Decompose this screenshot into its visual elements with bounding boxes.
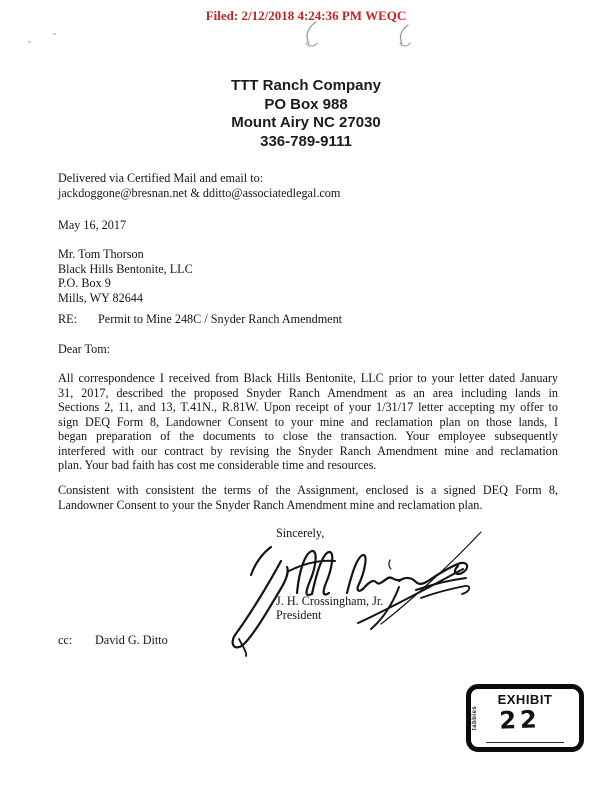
letter-date: May 16, 2017 (58, 218, 558, 233)
text-line: All correspondence I received from Black… (58, 371, 558, 386)
company-phone: 336-789-9111 (0, 133, 612, 152)
date-text: May 16, 2017 (58, 218, 558, 233)
re-label: RE: (58, 312, 98, 327)
company-name: TTT Ranch Company (0, 77, 612, 96)
letterhead: TTT Ranch Company PO Box 988 Mount Airy … (0, 77, 612, 151)
text-line: plan. Your bad faith has cost me conside… (58, 458, 558, 473)
text-line: Black Hills Bentonite, LLC (58, 262, 558, 277)
scan-artifact-left-paren (298, 20, 326, 50)
exhibit-stamp: EXHIBIT tabbies 22 (466, 684, 584, 752)
text-line: Landowner Consent to your the Snyder Ran… (58, 498, 558, 513)
delivery-method: Delivered via Certified Mail and email t… (58, 171, 558, 200)
cc-label: cc: (58, 633, 95, 648)
body-paragraph-1: All correspondence I received from Black… (58, 371, 558, 473)
text-line: sign DEQ Form 8, Landowner Consent to yo… (58, 415, 558, 430)
recipient-address: Mr. Tom ThorsonBlack Hills Bentonite, LL… (58, 247, 558, 305)
handwritten-signature-icon (213, 527, 493, 667)
scanned-letter-page: Filed: 2/12/2018 4:24:36 PM WEQC TTT Ran… (0, 0, 612, 792)
filed-stamp: Filed: 2/12/2018 4:24:36 PM WEQC (0, 8, 612, 24)
body-paragraph-2: Consistent with consistent the terms of … (58, 483, 558, 512)
company-city: Mount Airy NC 27030 (0, 114, 612, 133)
text-line: 31, 2017, described the proposed Snyder … (58, 386, 558, 401)
text-line: jackdoggone@bresnan.net & dditto@associa… (58, 186, 558, 201)
scan-speck (28, 41, 31, 43)
text-line: Delivered via Certified Mail and email t… (58, 171, 558, 186)
text-line: interfered with our contract by revising… (58, 444, 558, 459)
text-line: Sections 2, 11, and 13, T.41N., R.81W. U… (58, 400, 558, 415)
scan-artifact-right-paren (393, 23, 417, 51)
text-line: Mr. Tom Thorson (58, 247, 558, 262)
exhibit-number-handwritten: 22 (471, 704, 570, 735)
re-line: RE:Permit to Mine 248C / Snyder Ranch Am… (58, 312, 558, 327)
text-line: P.O. Box 9 (58, 276, 558, 291)
salutation: Dear Tom: (58, 342, 558, 357)
re-subject: Permit to Mine 248C / Snyder Ranch Amend… (98, 312, 342, 326)
exhibit-number-underline (486, 742, 564, 743)
cc-name: David G. Ditto (95, 633, 168, 647)
text-line: Mills, WY 82644 (58, 291, 558, 306)
scan-speck (53, 33, 56, 35)
text-line: began preparation of the documents to cl… (58, 429, 558, 444)
salutation-text: Dear Tom: (58, 342, 558, 357)
company-po-box: PO Box 988 (0, 96, 612, 115)
text-line: Consistent with consistent the terms of … (58, 483, 558, 498)
